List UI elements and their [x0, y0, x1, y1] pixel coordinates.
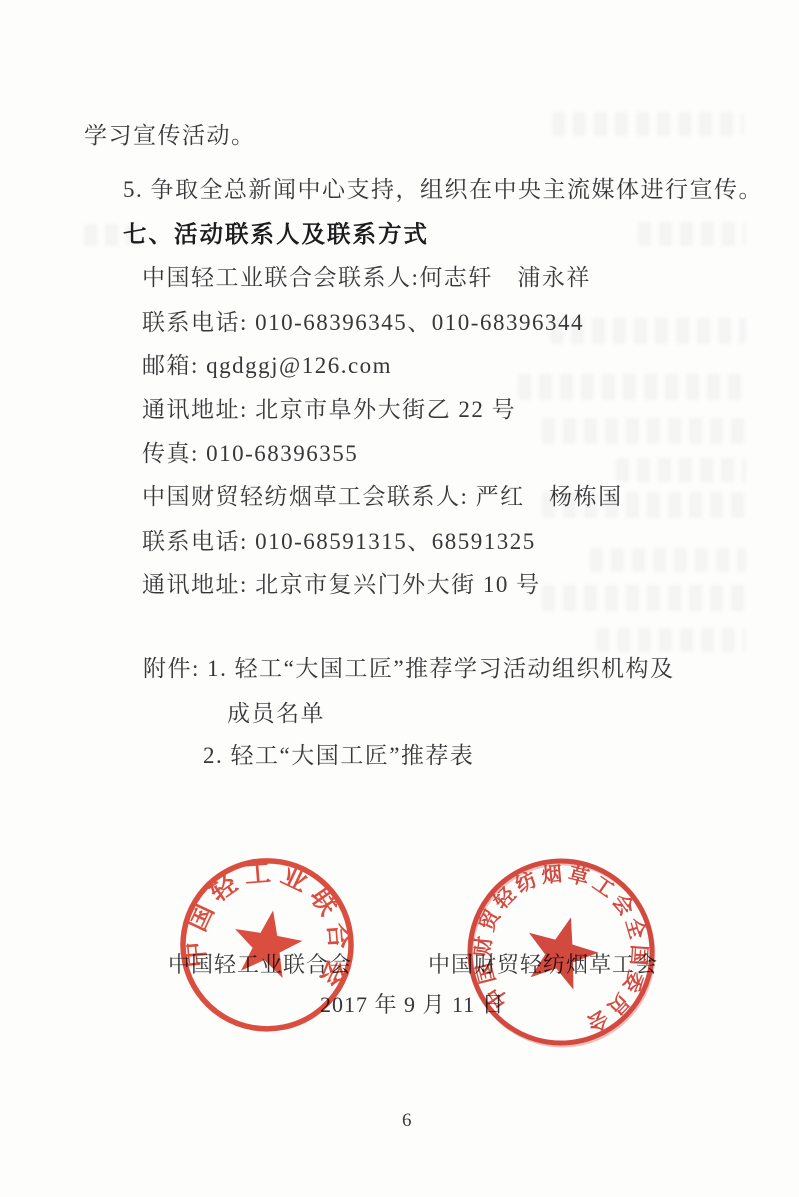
seal-star-icon	[228, 904, 307, 980]
bleed-through-smudge	[542, 585, 746, 611]
seal-star-icon	[517, 907, 605, 993]
page-number: 6	[402, 1110, 412, 1132]
contact-phone-line: 联系电话: 010-68396345、010-68396344	[142, 309, 584, 337]
bleed-through-smudge	[552, 112, 744, 136]
document-page: 学习宣传活动。 5. 争取全总新闻中心支持，组织在中央主流媒体进行宣传。 七、活…	[0, 0, 799, 1197]
contact-fax-line: 传真: 010-68396355	[142, 440, 358, 468]
bleed-through-smudge	[596, 628, 746, 652]
paragraph-text: 学习宣传活动。	[84, 122, 256, 150]
official-seal-left: 中国轻工业联合会	[164, 840, 373, 1050]
bleed-through-smudge	[638, 222, 746, 246]
attachment-line-3: 2. 轻工“大国工匠”推荐表	[203, 742, 474, 770]
attachment-line-2: 成员名单	[227, 700, 325, 728]
section-heading: 七、活动联系人及联系方式	[123, 220, 429, 248]
bleed-through-smudge	[518, 374, 746, 400]
contact-address-line: 通讯地址: 北京市复兴门外大街 10 号	[142, 571, 541, 599]
contact-email-line: 邮箱: qgdggj@126.com	[142, 352, 392, 380]
contact-phone-line: 联系电话: 010-68591315、68591325	[142, 528, 536, 556]
paragraph-text: 5. 争取全总新闻中心支持，组织在中央主流媒体进行宣传。	[123, 176, 763, 204]
contact-address-line: 通讯地址: 北京市阜外大街乙 22 号	[142, 396, 516, 424]
bleed-through-smudge	[616, 458, 746, 482]
contact-person-line: 中国财贸轻纺烟草工会联系人: 严红 杨栋国	[142, 483, 623, 511]
attachment-line-1: 附件: 1. 轻工“大国工匠”推荐学习活动组织机构及	[143, 655, 675, 683]
bleed-through-smudge	[590, 548, 746, 572]
official-seal-right: 中国财贸轻纺烟草工会全国委员会	[439, 830, 684, 1075]
bleed-through-smudge	[542, 418, 746, 444]
contact-person-line: 中国轻工业联合会联系人:何志轩 浦永祥	[142, 264, 591, 292]
